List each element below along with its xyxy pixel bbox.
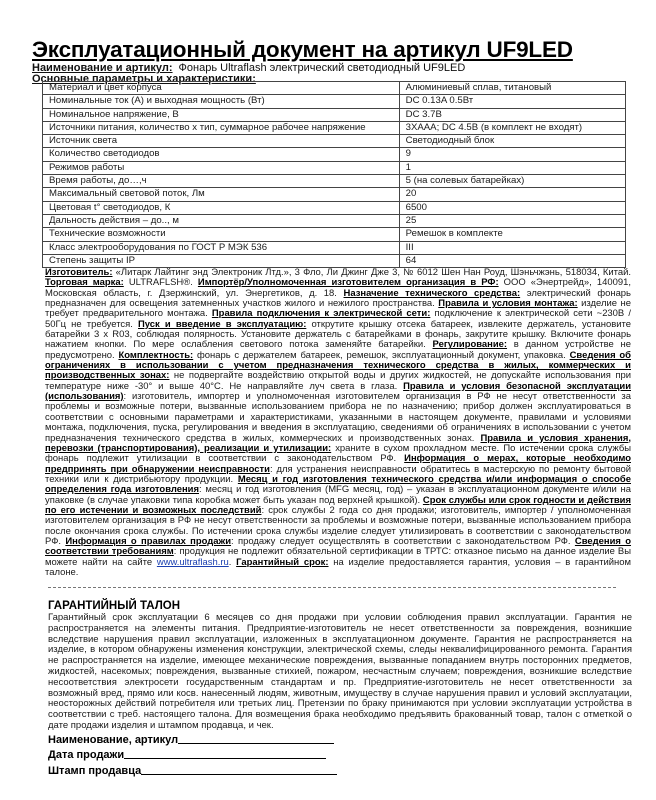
trademark-text: ULTRAFLSH®. bbox=[124, 277, 198, 288]
spec-key: Количество светодиодов bbox=[43, 148, 400, 161]
completeness-label: Комплектность: bbox=[118, 350, 193, 361]
spec-key: Источник света bbox=[43, 135, 400, 148]
spec-key: Номинальное напряжение, В bbox=[43, 108, 400, 121]
legal-info-block: Изготовитель: «Литарк Лайтинг энд Электр… bbox=[45, 268, 631, 578]
spec-row: Материал и цвет корпусаАлюминиевый сплав… bbox=[43, 82, 626, 95]
spec-key: Номинальные ток (А) и выходная мощность … bbox=[43, 95, 400, 108]
field-product-name[interactable]: Наименование, артикул bbox=[48, 730, 368, 746]
field-label: Дата продажи bbox=[48, 749, 124, 761]
spec-key: Степень защиты IP bbox=[43, 254, 400, 267]
spec-value: III bbox=[399, 241, 625, 254]
spec-value: DC 0.13A 0.5Вт bbox=[399, 95, 625, 108]
manufacturer-text: «Литарк Лайтинг энд Электроник Лтд.», 3 … bbox=[113, 267, 632, 278]
warranty-card-text: Гарантийный срок эксплуатации 6 месяцев … bbox=[48, 613, 632, 732]
manufacturer-label: Изготовитель: bbox=[45, 267, 113, 278]
sales-text: : продажу следует осуществлять в соответ… bbox=[231, 536, 575, 547]
spec-key: Цветовая t° светодиодов, К bbox=[43, 201, 400, 214]
spec-value: Алюминиевый сплав, титановый bbox=[399, 82, 625, 95]
spec-key: Дальность действия – до.., м bbox=[43, 214, 400, 227]
spec-value: Ремешок в комплекте bbox=[399, 228, 625, 241]
spec-row: Степень защиты IP64 bbox=[43, 254, 626, 267]
mounting-label: Правила и условия монтажа: bbox=[438, 298, 577, 309]
cut-line-divider bbox=[48, 587, 616, 588]
spec-value: 5 (на солевых батарейках) bbox=[399, 175, 625, 188]
spec-value: DC 3.7B bbox=[399, 108, 625, 121]
completeness-text: фонарь с держателем батареек, ремешок, э… bbox=[193, 350, 569, 361]
warranty-fields: Наименование, артикул Дата продажи Штамп… bbox=[48, 730, 368, 777]
spec-row: Источники питания, количество х тип, сум… bbox=[43, 121, 626, 134]
spec-key: Технические возможности bbox=[43, 228, 400, 241]
sales-label: Информация о правилах продажи bbox=[65, 536, 231, 547]
regulation-label: Регулирование: bbox=[433, 339, 508, 350]
spec-row: Количество светодиодов9 bbox=[43, 148, 626, 161]
spec-key: Режимов работы bbox=[43, 161, 400, 174]
spec-value: 3XAAA; DC 4.5B (в комплект не входят) bbox=[399, 121, 625, 134]
spec-key: Максимальный световой поток, Лм bbox=[43, 188, 400, 201]
spec-row: Дальность действия – до.., м25 bbox=[43, 214, 626, 227]
spec-row: Максимальный световой поток, Лм20 bbox=[43, 188, 626, 201]
spec-row: Время работы, до…,ч5 (на солевых батарей… bbox=[43, 175, 626, 188]
spec-row: Класс электрооборудования по ГОСТ Р МЭК … bbox=[43, 241, 626, 254]
specs-table: Материал и цвет корпусаАлюминиевый сплав… bbox=[42, 81, 626, 268]
spec-row: Источник светаСветодиодный блок bbox=[43, 135, 626, 148]
field-seller-stamp[interactable]: Штамп продавца bbox=[48, 761, 368, 777]
purpose-label: Назначение технического средства: bbox=[344, 288, 521, 299]
spec-row: Режимов работы1 bbox=[43, 161, 626, 174]
fill-in-line[interactable] bbox=[141, 763, 337, 775]
spec-key: Время работы, до…,ч bbox=[43, 175, 400, 188]
field-sale-date[interactable]: Дата продажи bbox=[48, 746, 368, 762]
spec-key: Класс электрооборудования по ГОСТ Р МЭК … bbox=[43, 241, 400, 254]
spec-key: Материал и цвет корпуса bbox=[43, 82, 400, 95]
spec-value: Светодиодный блок bbox=[399, 135, 625, 148]
spec-value: 9 bbox=[399, 148, 625, 161]
spec-row: Номинальное напряжение, ВDC 3.7B bbox=[43, 108, 626, 121]
spec-value: 64 bbox=[399, 254, 625, 267]
spec-row: Номинальные ток (А) и выходная мощность … bbox=[43, 95, 626, 108]
fill-in-line[interactable] bbox=[124, 747, 326, 759]
importer-label: Импортёр/Уполномоченная изготовителем ор… bbox=[198, 277, 499, 288]
trademark-label: Торговая марка: bbox=[45, 277, 124, 288]
spec-value: 25 bbox=[399, 214, 625, 227]
startup-label: Пуск и введение в эксплуатацию: bbox=[138, 319, 306, 330]
field-label: Наименование, артикул bbox=[48, 734, 178, 746]
spec-value: 20 bbox=[399, 188, 625, 201]
spec-key: Источники питания, количество х тип, сум… bbox=[43, 121, 400, 134]
connection-label: Правила подключения к электрической сети… bbox=[212, 308, 430, 319]
spec-row: Цветовая t° светодиодов, К6500 bbox=[43, 201, 626, 214]
spec-value: 1 bbox=[399, 161, 625, 174]
spec-value: 6500 bbox=[399, 201, 625, 214]
document-title: Эксплуатационный документ на артикул UF9… bbox=[32, 38, 573, 62]
spec-row: Технические возможностиРемешок в комплек… bbox=[43, 228, 626, 241]
fill-in-line[interactable] bbox=[178, 732, 334, 744]
warranty-period-label: Гарантийный срок: bbox=[236, 557, 328, 568]
field-label: Штамп продавца bbox=[48, 765, 141, 777]
website-link[interactable]: www.ultraflash.ru bbox=[157, 557, 229, 568]
